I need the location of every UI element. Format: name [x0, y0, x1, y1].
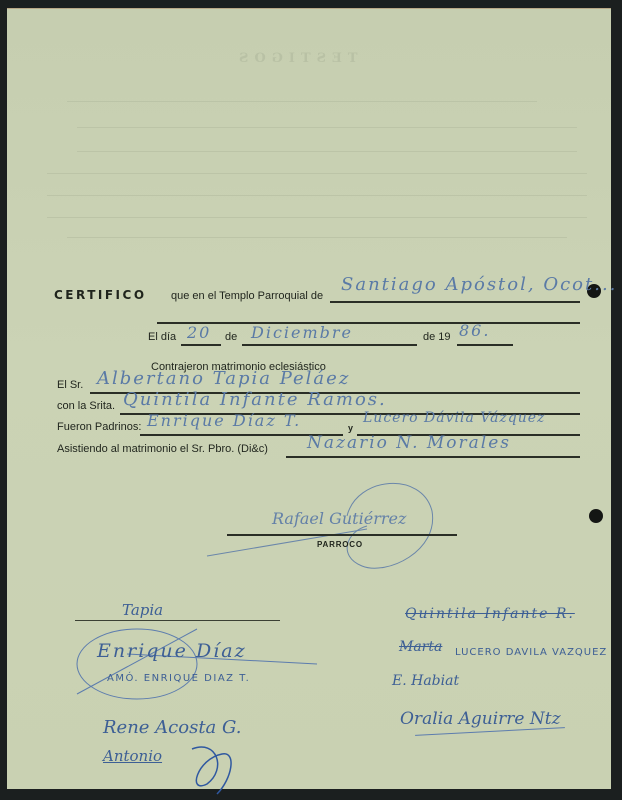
year-value: 86. — [459, 321, 490, 340]
year-line — [457, 344, 513, 346]
year-label: de 19 — [423, 331, 451, 343]
priest-value: Nazario N. Morales — [307, 433, 511, 453]
godparent-1-value: Enrique Díaz T. — [147, 411, 301, 430]
bleed-line — [47, 195, 587, 196]
witness-left-1-printed: AMÓ. ENRIQUE DIAZ T. — [107, 673, 250, 684]
witness-left-3-flourish-icon — [177, 739, 247, 799]
bleed-line — [67, 101, 537, 102]
bleed-line — [77, 151, 577, 152]
month-line — [242, 344, 417, 346]
groom-signature-line — [75, 620, 280, 621]
godparents-label: Fueron Padrinos: — [57, 421, 141, 433]
witness-right-1-scrawl: Marta — [399, 639, 442, 655]
parroco-line — [227, 534, 457, 536]
priest-line — [286, 456, 580, 458]
witness-right-3-signature: Oralia Aguirre Ntz — [400, 709, 561, 729]
bleed-line — [67, 237, 567, 238]
certifico-label: CERTIFICO — [54, 288, 147, 302]
priest-label: Asistiendo al matrimonio el Sr. Pbro. (D… — [57, 443, 268, 455]
bride-label: con la Srita. — [57, 400, 115, 412]
bleed-line — [47, 173, 587, 174]
godparents-connector: y — [348, 423, 353, 433]
temple-line — [330, 301, 580, 303]
witness-right-1-printed: LUCERO DAVILA VAZQUEZ — [455, 647, 607, 658]
witness-left-2-signature: Rene Acosta G. — [103, 717, 241, 738]
witness-left-3-signature: Antonio — [103, 747, 162, 765]
certificate-page: TESTIGOS CERTIFICO que en el Templo Parr… — [7, 8, 611, 789]
bleed-line — [77, 127, 577, 128]
bleed-through-heading: TESTIGOS — [233, 51, 358, 66]
witness-left-1-signature: Enrique Díaz — [97, 640, 247, 662]
parroco-label: PARROCO — [317, 540, 363, 549]
parroco-signature: Rafael Gutiérrez — [272, 509, 406, 528]
groom-value: Albertano Tapia Peláez — [97, 368, 350, 389]
bride-value: Quintila Infante Ramos. — [123, 389, 387, 410]
groom-signature: Tapia — [122, 601, 163, 619]
witness-flourish-icon — [67, 624, 327, 704]
groom-label: El Sr. — [57, 379, 83, 391]
bleed-line — [47, 217, 587, 218]
bride-signature: Quintila Infante R. — [405, 606, 575, 622]
witness-right-2-signature: E. Habiat — [392, 673, 459, 689]
punch-hole — [589, 509, 603, 523]
temple-prefix: que en el Templo Parroquial de — [171, 290, 323, 302]
day-line — [181, 344, 221, 346]
month-value: Diciembre — [251, 323, 353, 342]
temple-line-2 — [157, 322, 580, 324]
temple-value: Santiago Apóstol, Ocot... — [341, 274, 617, 295]
day-value: 20 — [187, 323, 211, 342]
month-connector: de — [225, 331, 237, 343]
godparent-2-value: Lucero Dávila Vázquez — [363, 410, 545, 426]
day-label: El día — [148, 331, 176, 343]
